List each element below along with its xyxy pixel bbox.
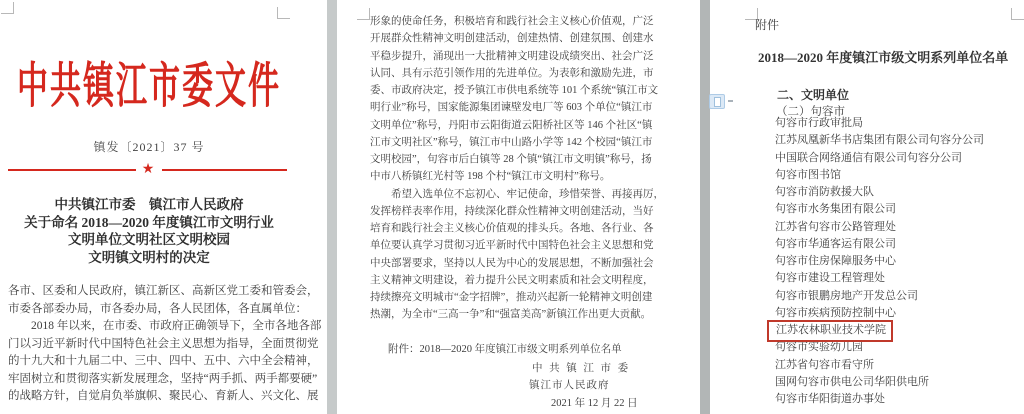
list-item: 句容市住房保障服务中心 (775, 253, 984, 270)
body-line: 认同、具有示范引领作用的先进单位。为表彰和激励先进，市 (370, 65, 660, 82)
body-line: 平稳步提升，涌现出一大批精神文明建设成绩突出、社会广泛 (370, 48, 660, 65)
list-item: 江苏省句容市看守所 (775, 357, 984, 374)
attachment-reference: 附件：2018—2020 年度镇江市级文明系列单位名单 (388, 341, 622, 356)
clipboard-icon (714, 97, 721, 107)
margin-mark-icon (1, 2, 14, 14)
body-line: 发挥榜样表率作用，持续深化群众性精神文明创建活动，当好 (370, 203, 660, 220)
paste-options-dropdown-icon[interactable] (728, 100, 733, 102)
list-item: 国网句容市供电公司华阳供电所 (775, 374, 984, 391)
body-line: 持续擦亮文明城市“金字招牌”，推动兴起新一轮精神文明创建 (370, 289, 660, 306)
body-line: 2018 年以来，在市委、市政府正确领导下，全市各地各部 (8, 318, 310, 336)
margin-mark-icon (1011, 8, 1024, 20)
red-divider-line (8, 169, 136, 171)
list-item: 句容市水务集团有限公司 (775, 201, 984, 218)
document-viewer: 中共镇江市委文件 镇发〔2021〕37 号 ★ 中共镇江市委 镇江市人民政府 关… (0, 0, 1024, 414)
margin-mark-icon (277, 7, 290, 19)
list-item: 句容市华阳街道办事处 (775, 391, 984, 408)
signature-party-committee: 中 共 镇 江 市 委 (532, 360, 630, 375)
red-divider-line (162, 169, 287, 171)
body-line: 文明单位”称号，丹阳市云阳街道云阳桥社区等 146 个社区“镇 (370, 117, 660, 134)
body-line: 的十九大和十九届二中、三中、四中、五中、六中全会精神， (8, 353, 310, 371)
list-item-highlighted: 江苏农林职业技术学院 (775, 322, 984, 339)
document-number: 镇发〔2021〕37 号 (0, 138, 298, 155)
list-item: 句容市建设工程管理处 (775, 270, 984, 287)
red-letterhead-title: 中共镇江市委文件 (0, 46, 298, 116)
section-heading: 二、文明单位 (777, 86, 849, 103)
signature-people-government: 镇江市人民政府 (529, 377, 610, 392)
body-line: 各市、区委和人民政府，镇江新区、高新区党工委和管委会， (8, 283, 310, 301)
list-item: 江苏凤凰新华书店集团有限公司句容分公司 (775, 132, 984, 149)
body-line: 文明校园”，句容市后白镇等 28 个镇“镇江市文明镇”称号，扬 (370, 151, 660, 168)
title-line: 文明镇文明村的决定 (0, 249, 298, 267)
list-item: 中国联合网络通信有限公司句容分公司 (775, 150, 984, 167)
body-line: 培育和践行社会主义核心价值观的排头兵。各地、各行业、各 (370, 220, 660, 237)
document-title: 中共镇江市委 镇江市人民政府 关于命名 2018—2020 年度镇江市文明行业 … (0, 196, 298, 266)
body-line: 委、市政府决定，授予镇江市供电系统等 101 个系统“镇江市文 (370, 82, 660, 99)
signature-date: 2021 年 12 月 22 日 (551, 395, 638, 410)
attachment-label: 附件 (755, 16, 779, 33)
body-line: 牢固树立和贯彻落实新发展理念，坚持“两手抓、两手都要硬” (8, 371, 310, 389)
body-line: 热潮，为全市“三高一争”和“强富美高”新镇江作出更大贡献。 (370, 306, 660, 323)
civilized-unit-list: 句容市行政审批局 江苏凤凰新华书店集团有限公司句容分公司 中国联合网络通信有限公… (775, 115, 984, 408)
body-line: 中央部署要求，坚持以人民为中心的发展思想，不断加强社会 (370, 255, 660, 272)
star-icon: ★ (134, 161, 162, 178)
red-highlight-box: 江苏农林职业技术学院 (767, 320, 893, 342)
body-line: 主义精神文明建设，着力提升公民文明素质和社会文明程度， (370, 272, 660, 289)
body-line: 中市八桥镇红光村等 198 个村“镇江市文明村”称号。 (370, 168, 660, 185)
body-text-page-1: 各市、区委和人民政府，镇江新区、高新区党工委和管委会， 市委各部委办局，市各委办… (8, 283, 310, 406)
list-item: 句容市行政审批局 (775, 115, 984, 132)
body-line: 明行业”称号，国家能源集团谏壁发电厂等 603 个单位“镇江市 (370, 99, 660, 116)
list-item: 句容市图书馆 (775, 167, 984, 184)
list-item: 句容市银鹏房地产开发总公司 (775, 288, 984, 305)
body-line: 江市文明社区”称号，镇江市中山路小学等 142 个校园“镇江市 (370, 134, 660, 151)
margin-mark-icon (357, 8, 370, 20)
title-line: 关于命名 2018—2020 年度镇江市文明行业 (0, 214, 298, 232)
body-text-page-2: 形象的使命任务，积极培育和践行社会主义核心价值观，广泛 开展群众性精神文明创建活… (370, 13, 660, 324)
list-item: 江苏省句容市公路管理处 (775, 219, 984, 236)
body-line: 市委各部委办局，市各委办局，各人民团体，各直属单位： (8, 301, 310, 319)
list-item: 句容市消防救援大队 (775, 184, 984, 201)
title-line: 中共镇江市委 镇江市人民政府 (0, 196, 298, 214)
body-line: 形象的使命任务，积极培育和践行社会主义核心价值观，广泛 (370, 13, 660, 30)
body-line: 单位要认真学习贯彻习近平新时代中国特色社会主义思想和党 (370, 237, 660, 254)
body-line: 希望入选单位不忘初心、牢记使命，珍惜荣誉、再接再厉， (370, 186, 660, 203)
list-item: 句容市华通客运有限公司 (775, 236, 984, 253)
body-line: 开展群众性精神文明创建活动，创建热情、创建氛围、创建水 (370, 30, 660, 47)
title-line: 文明单位文明社区文明校园 (0, 231, 298, 249)
page-separator (700, 0, 710, 414)
page-separator (327, 0, 337, 414)
paste-options-icon[interactable] (709, 94, 725, 109)
annex-title: 2018—2020 年度镇江市级文明系列单位名单 (758, 47, 1008, 66)
body-line: 门以习近平新时代中国特色社会主义思想为指导，全面贯彻党 (8, 336, 310, 354)
body-line: 的战略方针，自觉肩负举旗帜、聚民心、育新人、兴文化、展 (8, 388, 310, 406)
